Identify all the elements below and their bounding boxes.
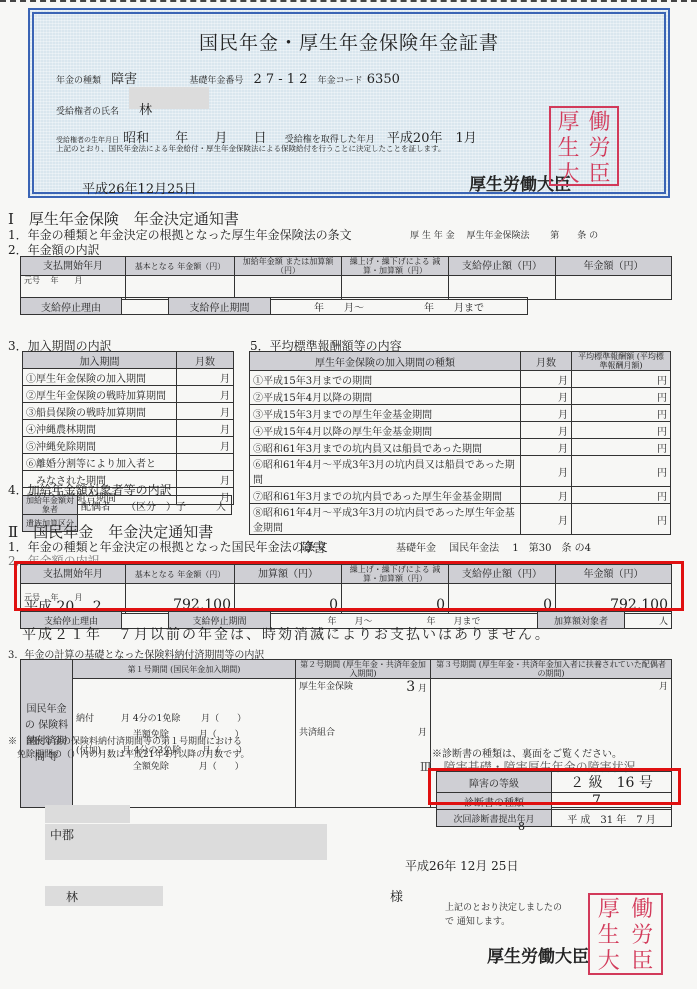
salary-table: 厚生年金保険の加入期間の種類月数平均標準報酬額 (平均標準報酬月額) ①平成15… <box>249 351 671 535</box>
pension-type: 障害 <box>111 72 137 87</box>
enrollment-row: ③船員保険の戦時加算期間月 <box>23 403 234 420</box>
enrollment-row: ④沖縄農林期間月 <box>23 420 234 437</box>
section2-item1-value: 基礎年金 国民年金法 1 第30 条 の4 <box>396 539 591 554</box>
salary-row: ④平成15年4月以降の厚生年金基金期間月円 <box>250 422 671 439</box>
recipient-name: 林 <box>66 888 78 905</box>
redaction <box>45 886 163 906</box>
kosei-months: 3 <box>406 679 415 695</box>
enrollment-row: ⑥離婚分割等により加入者と <box>23 454 234 471</box>
address-district: 中郡 <box>50 826 74 843</box>
enrollment-row: ②厚生年金保険の戦時加算期間月 <box>23 386 234 403</box>
pension-type-row: 年金の種類 障害 基礎年金番号 2 7 - 1 2 年金コード 6350 <box>56 68 400 87</box>
scan-edge <box>0 0 697 4</box>
holder-name: 林 <box>139 103 152 118</box>
certificate-date: 平成26年12月25日 <box>82 178 197 197</box>
basic-pension-number: 2 7 - 1 2 <box>253 72 307 87</box>
holder-name-row: 受給権者の氏名 林 <box>56 99 152 118</box>
footnote-1: ※ 国民年金の保険料納付済期間等の第１号期間における <box>8 734 242 747</box>
next-diagnosis-date: 平 成 31 年 7 月 <box>552 810 672 827</box>
notice-date: 平成26年 12月 25日 <box>405 857 518 874</box>
section1-stop-row: 支給停止理由支給停止期間年 月～ 年 月まで <box>20 297 528 315</box>
enrollment-row: ⑤沖縄免除期間月 <box>23 437 234 454</box>
salary-row: ⑧昭和61年4月～平成3年3月の坑内員であった厚生年金基金期間月円 <box>250 504 671 535</box>
salary-row: ②平成15年4月以降の期間月円 <box>250 388 671 405</box>
salary-row: ⑦昭和61年3月までの坑内員であった厚生年金基金期間月円 <box>250 487 671 504</box>
page-number: 8 <box>518 820 525 833</box>
pension-certificate: 国民年金・厚生年金保険年金証書 年金の種類 障害 基礎年金番号 2 7 - 1 … <box>28 8 670 198</box>
highlight-amount-box <box>14 561 684 611</box>
prescription-note: 平成２１年 ７月以前の年金は、時効消滅によりお支払いはありません。 <box>22 624 551 644</box>
notice-text: 上記のとおり決定しましたので 通知します。 <box>445 901 570 929</box>
salary-row: ③平成15年3月までの厚生年金基金期間月円 <box>250 405 671 422</box>
redaction <box>45 824 327 860</box>
official-seal-icon: 厚働 生労 大臣 <box>549 106 619 186</box>
salary-row: ⑥昭和61年4月～平成3年3月の坑内員又は船員であった期間月円 <box>250 456 671 487</box>
section1-item1-value: 厚 生 年 金 厚生年金保険法 第 条 の <box>410 228 598 241</box>
footnote-2: 免除期間の（）内の月数は平成21年4月以降の月数です。 <box>8 747 249 760</box>
salary-row: ⑤昭和61年3月までの坑内員又は船員であった期間月円 <box>250 439 671 456</box>
salary-row: ①平成15年3月までの期間月円 <box>250 371 671 388</box>
section2-pension-type: 障害 <box>300 537 326 556</box>
highlight-disability-box <box>428 768 681 805</box>
official-seal-icon: 厚働 生労 大臣 <box>588 893 663 975</box>
notice-issuer: 厚生労働大臣 <box>487 942 589 967</box>
pension-code: 6350 <box>367 72 400 87</box>
redaction <box>45 805 130 823</box>
enrollment-row: ①厚生年金保険の加入期間月 <box>23 369 234 386</box>
honorific: 様 <box>390 886 403 905</box>
certificate-title: 国民年金・厚生年金保険年金証書 <box>34 28 664 55</box>
section1-amount-table: 支払開始年月 基本となる 年金額（円） 加給年金額 または加算額（円） 繰上げ・… <box>20 256 672 300</box>
certificate-statement: 上記のとおり、国民年金法による年金給付・厚生年金保険法による保険給付を行うことに… <box>56 143 445 154</box>
